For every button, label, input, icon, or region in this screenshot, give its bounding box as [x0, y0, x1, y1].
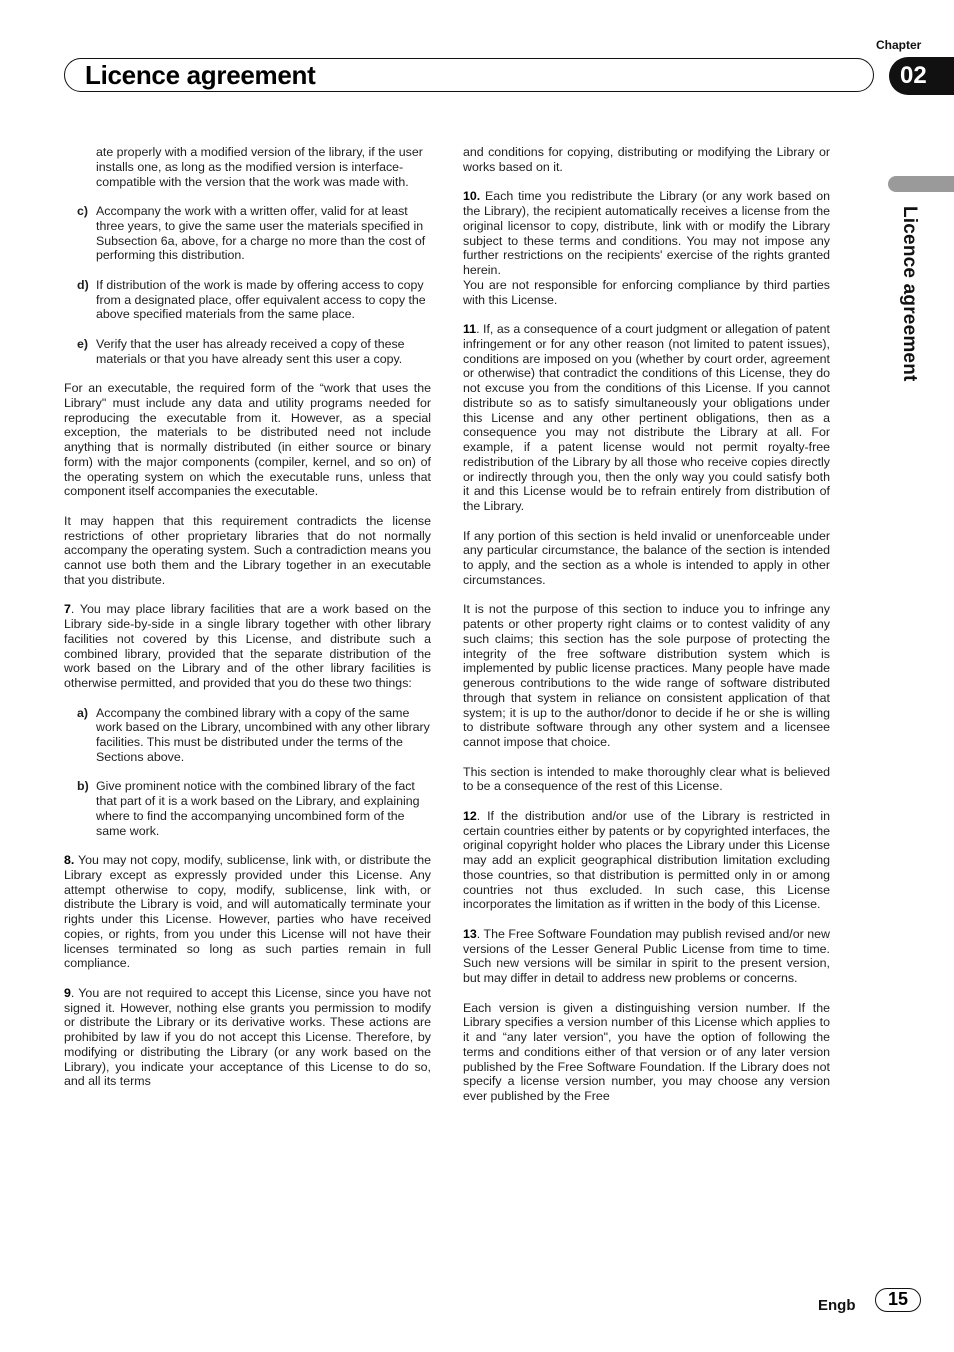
section-12: 12. If the distribution and/or use of th… — [463, 809, 830, 912]
continued-paragraph: ate properly with a modified version of … — [64, 145, 431, 189]
section-7: 7. You may place library facilities that… — [64, 602, 431, 691]
section-11: 11. If, as a consequence of a court judg… — [463, 322, 830, 514]
section-number: 9 — [64, 986, 71, 1000]
list-item-label: e) — [77, 337, 88, 352]
list-item: e) Verify that the user has already rece… — [64, 337, 431, 367]
section-9: 9. You are not required to accept this L… — [64, 986, 431, 1089]
list-item-text: Accompany the work with a written offer,… — [96, 204, 425, 262]
side-tab-bar — [888, 176, 954, 192]
page-number: 15 — [875, 1288, 921, 1312]
list-item-label: d) — [77, 278, 89, 293]
chapter-number-tab: 02 — [889, 57, 954, 95]
section-text: Each time you redistribute the Library (… — [463, 189, 830, 277]
list-item-label: a) — [77, 706, 88, 721]
section-10-note: You are not responsible for enforcing co… — [463, 278, 830, 308]
right-column: and conditions for copying, distributing… — [463, 145, 830, 1104]
section-text: . You may place library facilities that … — [64, 602, 431, 690]
chapter-label: Chapter — [876, 38, 921, 52]
footer-language: Engb — [818, 1297, 856, 1314]
section-10: 10. Each time you redistribute the Libra… — [463, 189, 830, 278]
left-column: ate properly with a modified version of … — [64, 145, 431, 1089]
paragraph-executable: For an executable, the required form of … — [64, 381, 431, 499]
section-text: . If, as a consequence of a court judgme… — [463, 322, 830, 513]
page-title: Licence agreement — [85, 59, 315, 92]
section-text: You may not copy, modify, sublicense, li… — [64, 853, 431, 970]
section-text: . If the distribution and/or use of the … — [463, 809, 830, 912]
title-bar: Licence agreement — [64, 58, 874, 92]
list-item-text: Verify that the user has already receive… — [96, 337, 405, 366]
section-text: . The Free Software Foundation may publi… — [463, 927, 830, 985]
section-number: 10. — [463, 189, 480, 203]
list-item: a) Accompany the combined library with a… — [64, 706, 431, 765]
list-item: d) If distribution of the work is made b… — [64, 278, 431, 322]
list-item: b) Give prominent notice with the combin… — [64, 779, 431, 838]
section-number: 7 — [64, 602, 71, 616]
list-item-text: Give prominent notice with the combined … — [96, 779, 420, 837]
side-tab-title: Licence agreement — [898, 206, 920, 382]
continued-paragraph: and conditions for copying, distributing… — [463, 145, 830, 175]
paragraph-clear: This section is intended to make thoroug… — [463, 765, 830, 795]
section-number: 12 — [463, 809, 477, 823]
paragraph-contradiction: It may happen that this requirement cont… — [64, 514, 431, 588]
section-13: 13. The Free Software Foundation may pub… — [463, 927, 830, 986]
section-8: 8. You may not copy, modify, sublicense,… — [64, 853, 431, 971]
section-number: 11 — [463, 322, 476, 336]
section-text: . You are not required to accept this Li… — [64, 986, 431, 1089]
paragraph-version: Each version is given a distinguishing v… — [463, 1001, 830, 1104]
list-item-text: Accompany the combined library with a co… — [96, 706, 430, 764]
list-item-label: c) — [77, 204, 88, 219]
list-item-label: b) — [77, 779, 89, 794]
section-number: 13 — [463, 927, 477, 941]
list-item-text: If distribution of the work is made by o… — [96, 278, 426, 322]
paragraph-invalid: If any portion of this section is held i… — [463, 529, 830, 588]
paragraph-purpose: It is not the purpose of this section to… — [463, 602, 830, 750]
list-item: c) Accompany the work with a written off… — [64, 204, 431, 263]
section-number: 8. — [64, 853, 74, 867]
